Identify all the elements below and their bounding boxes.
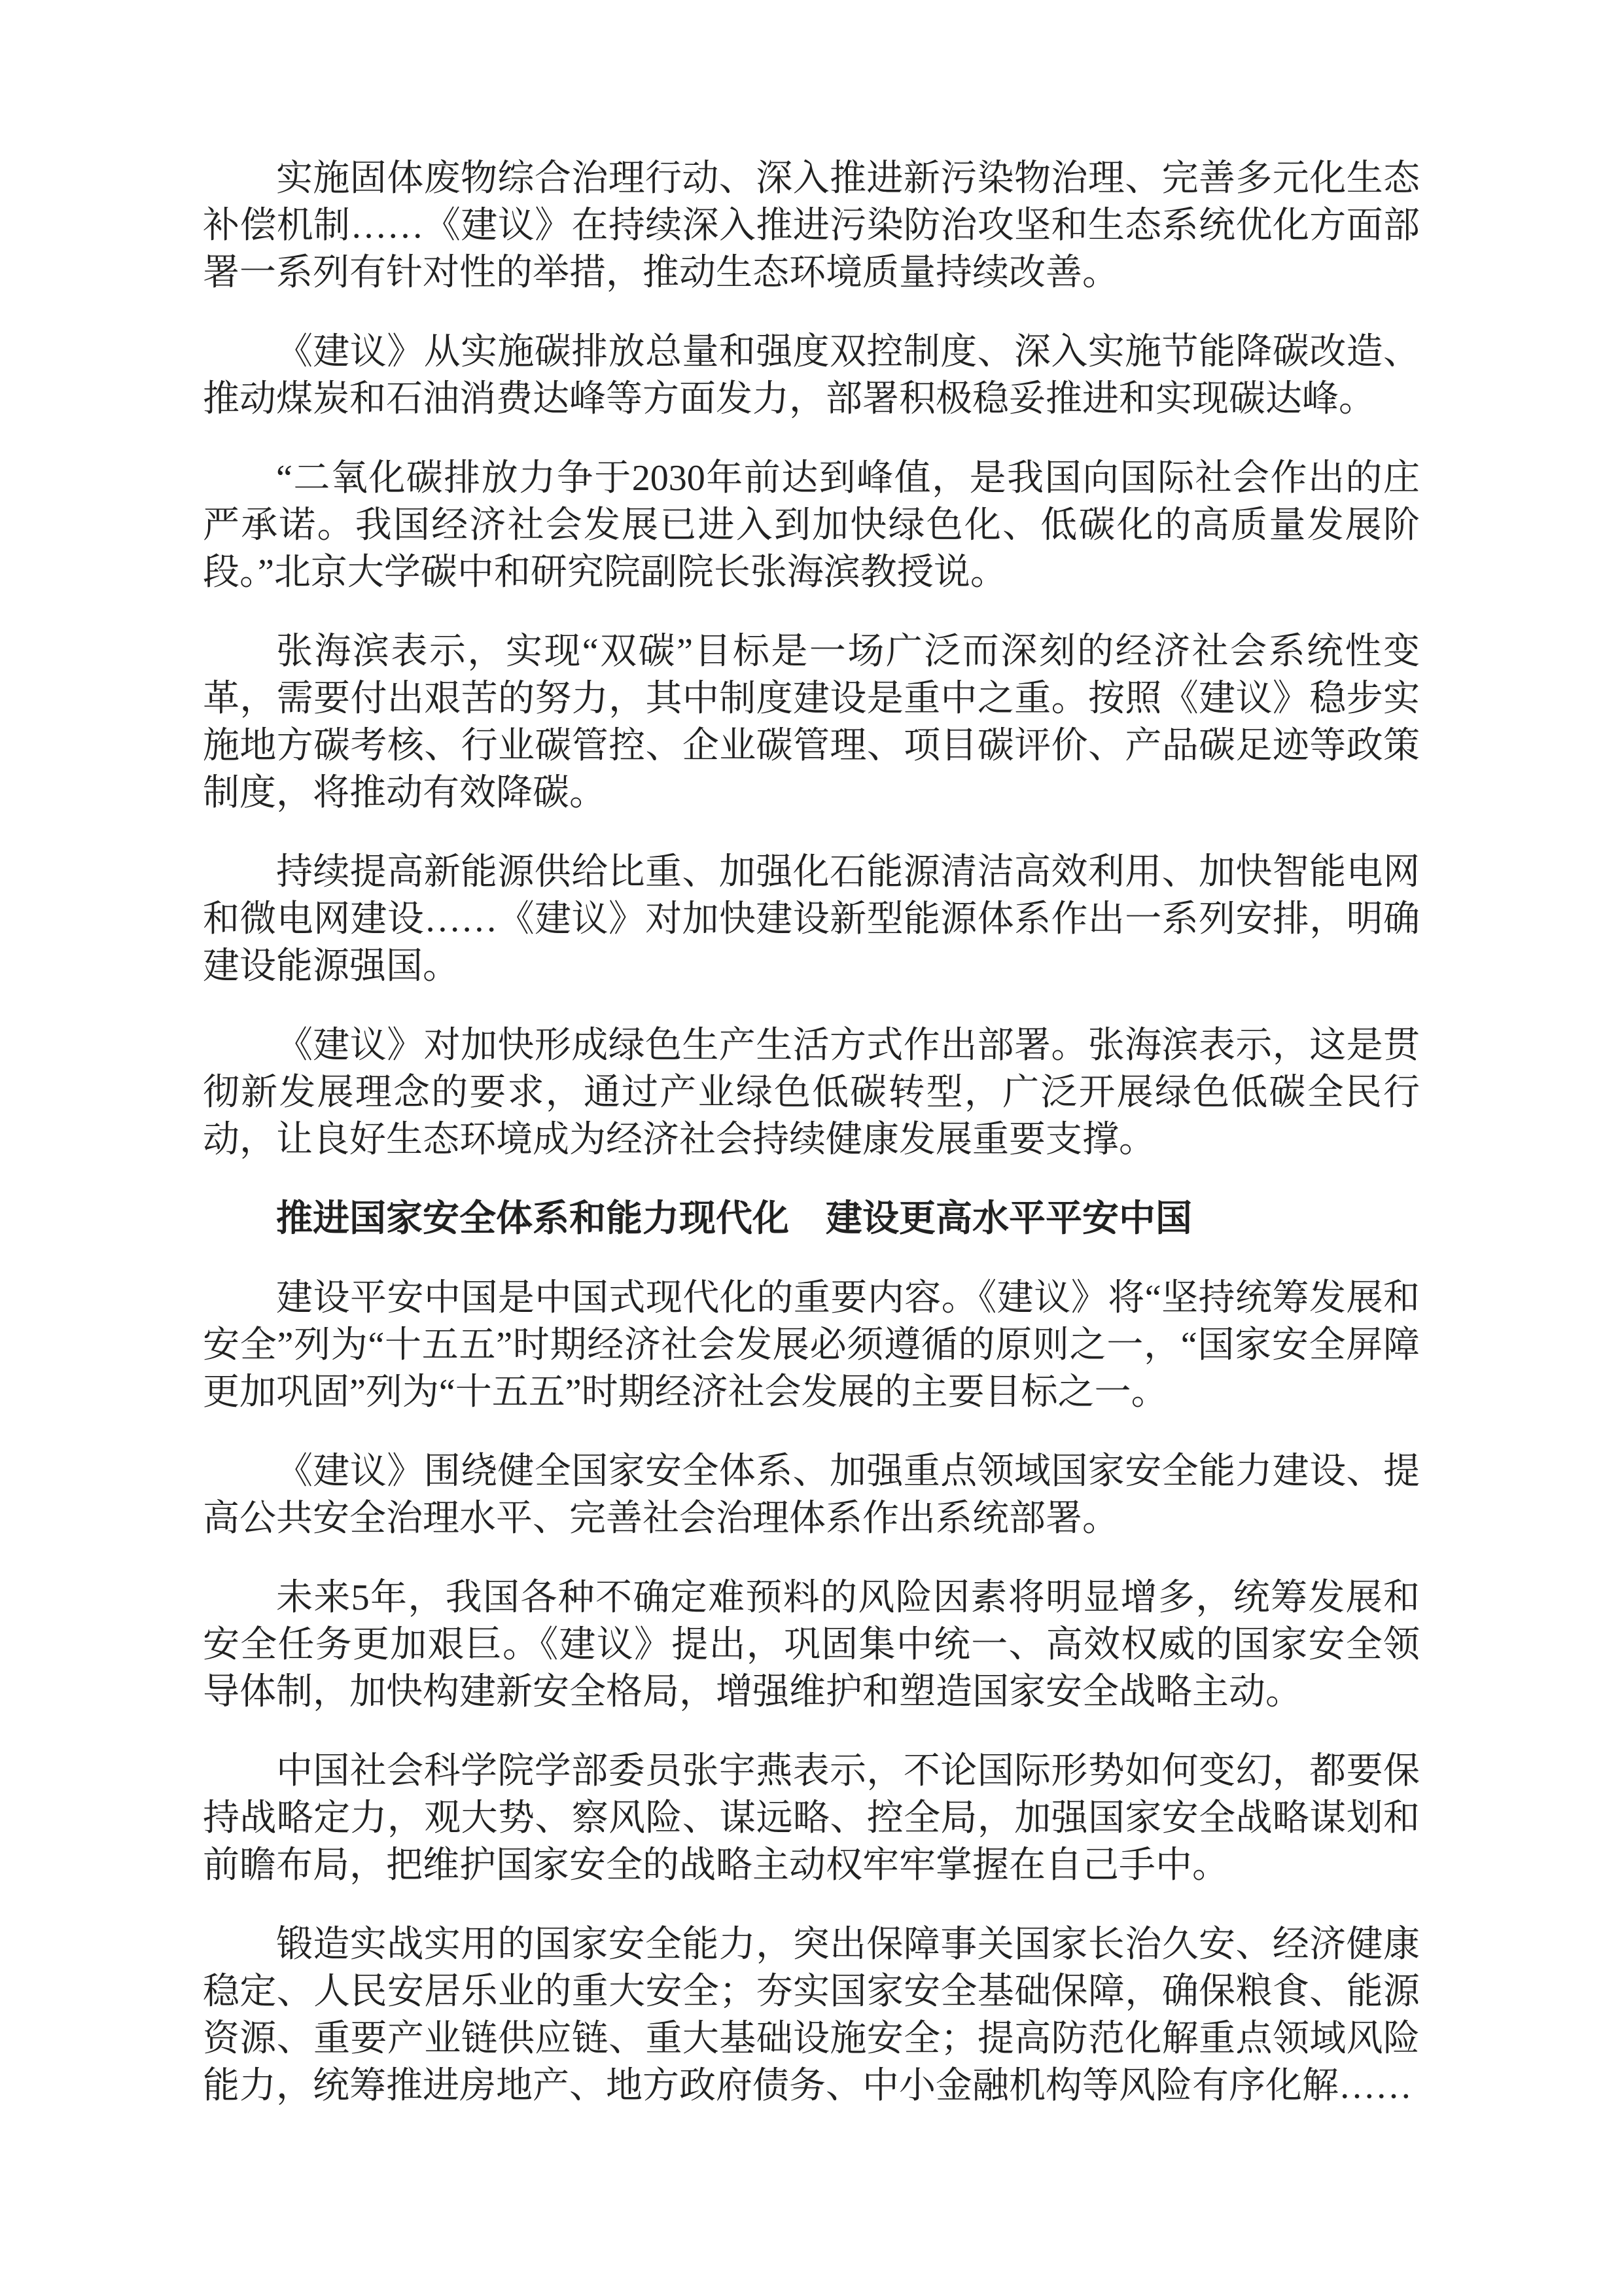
body-paragraph: 《建议》对加快形成绿色生产生活方式作出部署。张海滨表示，这是贯彻新发展理念的要求… — [203, 1022, 1420, 1163]
body-paragraph: 未来5年，我国各种不确定难预料的风险因素将明显增多，统筹发展和安全任务更加艰巨。… — [203, 1574, 1420, 1716]
body-paragraph: 实施固体废物综合治理行动、深入推进新污染物治理、完善多元化生态补偿机制……《建议… — [203, 155, 1420, 296]
article-body: 实施固体废物综合治理行动、深入推进新污染物治理、完善多元化生态补偿机制……《建议… — [203, 155, 1420, 2110]
body-paragraph: 建设平安中国是中国式现代化的重要内容。《建议》将“坚持统筹发展和安全”列为“十五… — [203, 1275, 1420, 1416]
body-paragraph: 《建议》从实施碳排放总量和强度双控制度、深入实施节能降碳改造、推动煤炭和石油消费… — [203, 328, 1420, 423]
body-paragraph: 锻造实战实用的国家安全能力，突出保障事关国家长治久安、经济健康稳定、人民安居乐业… — [203, 1921, 1420, 2110]
section-heading: 推进国家安全体系和能力现代化 建设更高水平平安中国 — [203, 1195, 1420, 1243]
document-page: 实施固体废物综合治理行动、深入推进新污染物治理、完善多元化生态补偿机制……《建议… — [0, 0, 1622, 2296]
body-paragraph: 《建议》围绕健全国家安全体系、加强重点领域国家安全能力建设、提高公共安全治理水平… — [203, 1448, 1420, 1542]
body-paragraph: 张海滨表示，实现“双碳”目标是一场广泛而深刻的经济社会系统性变革，需要付出艰苦的… — [203, 628, 1420, 817]
body-paragraph: 持续提高新能源供给比重、加强化石能源清洁高效利用、加快智能电网和微电网建设……《… — [203, 849, 1420, 990]
body-paragraph: “二氧化碳排放力争于2030年前达到峰值，是我国向国际社会作出的庄严承诺。我国经… — [203, 455, 1420, 596]
body-paragraph: 中国社会科学院学部委员张宇燕表示，不论国际形势如何变幻，都要保持战略定力，观大势… — [203, 1748, 1420, 1889]
